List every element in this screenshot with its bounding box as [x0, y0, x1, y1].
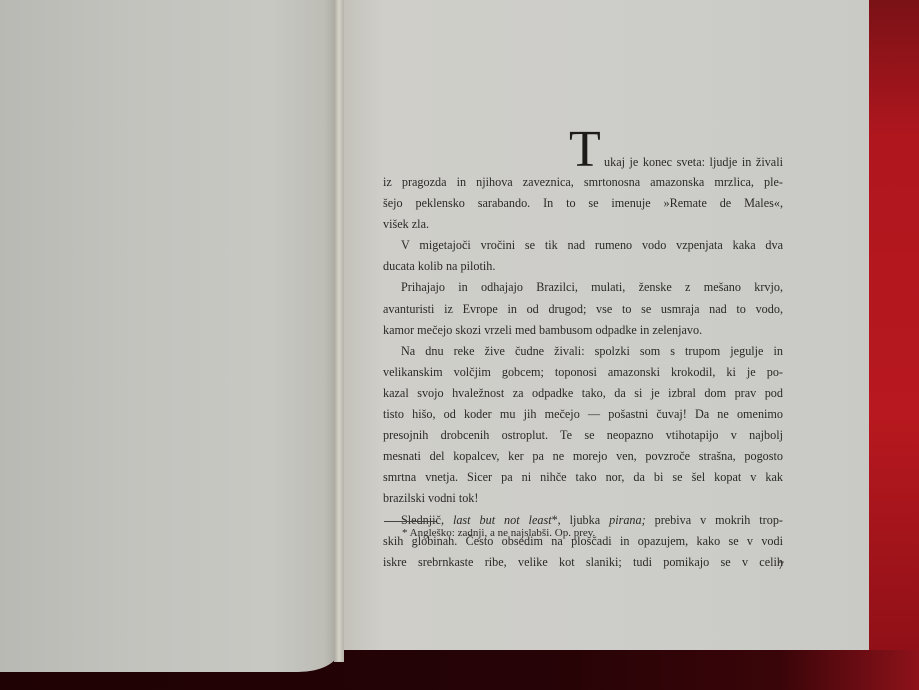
footnote: * Angleško: zadnji, a ne najslabši. Op. … — [402, 527, 595, 539]
red-surface-right — [868, 0, 919, 690]
text-line: ducata kolib na pilotih. — [383, 256, 783, 277]
text-line: višek zla. — [383, 214, 783, 235]
opening-line: T ukaj je konec sveta: ljudje in živali — [383, 130, 783, 172]
text-line: velikanskim volčjim gobcem; toponosi ama… — [383, 362, 783, 383]
text-line: presojnih drobcenih ostroplut. Te se neo… — [383, 425, 783, 446]
text-line: V migetajoči vročini se tik nad rumeno v… — [383, 235, 783, 256]
text-line: ukaj je konec sveta: ljudje in živali — [604, 152, 783, 173]
text-line: smrtna vnetja. Sicer pa ni nihče tako no… — [383, 467, 783, 488]
italic-word: pirana; — [609, 513, 646, 527]
text-line: mesnati del kopalcev, ker pa ne morejo v… — [383, 446, 783, 467]
text-line: avanturisti iz Evrope in od drugod; vse … — [383, 299, 783, 320]
text-line: brazilski vodni tok! — [383, 488, 783, 509]
left-page-blank — [0, 0, 338, 672]
chapter-text: T ukaj je konec sveta: ljudje in živali … — [383, 130, 783, 573]
text-line: kazal svojo hvaležnost za odpadke tako, … — [383, 383, 783, 404]
footnote-divider — [384, 521, 436, 522]
text-line: Na dnu reke žive čudne živali: spolzki s… — [383, 341, 783, 362]
text-line: šejo peklensko sarabando. In to se imenu… — [383, 193, 783, 214]
text-line: Prihajajo in odhajajo Brazilci, mulati, … — [383, 277, 783, 298]
page-number: 7 — [778, 558, 784, 573]
drop-cap: T — [569, 128, 601, 172]
italic-phrase: last but not least — [453, 513, 552, 527]
text-line: kamor mečejo skozi vrzeli med bambusom o… — [383, 320, 783, 341]
text-line: iskre srebrnkaste ribe, velike kot slani… — [383, 552, 783, 573]
text-line: tisto hišo, od koder mu jih mečejo — poš… — [383, 404, 783, 425]
book-spine-gutter — [334, 0, 344, 662]
